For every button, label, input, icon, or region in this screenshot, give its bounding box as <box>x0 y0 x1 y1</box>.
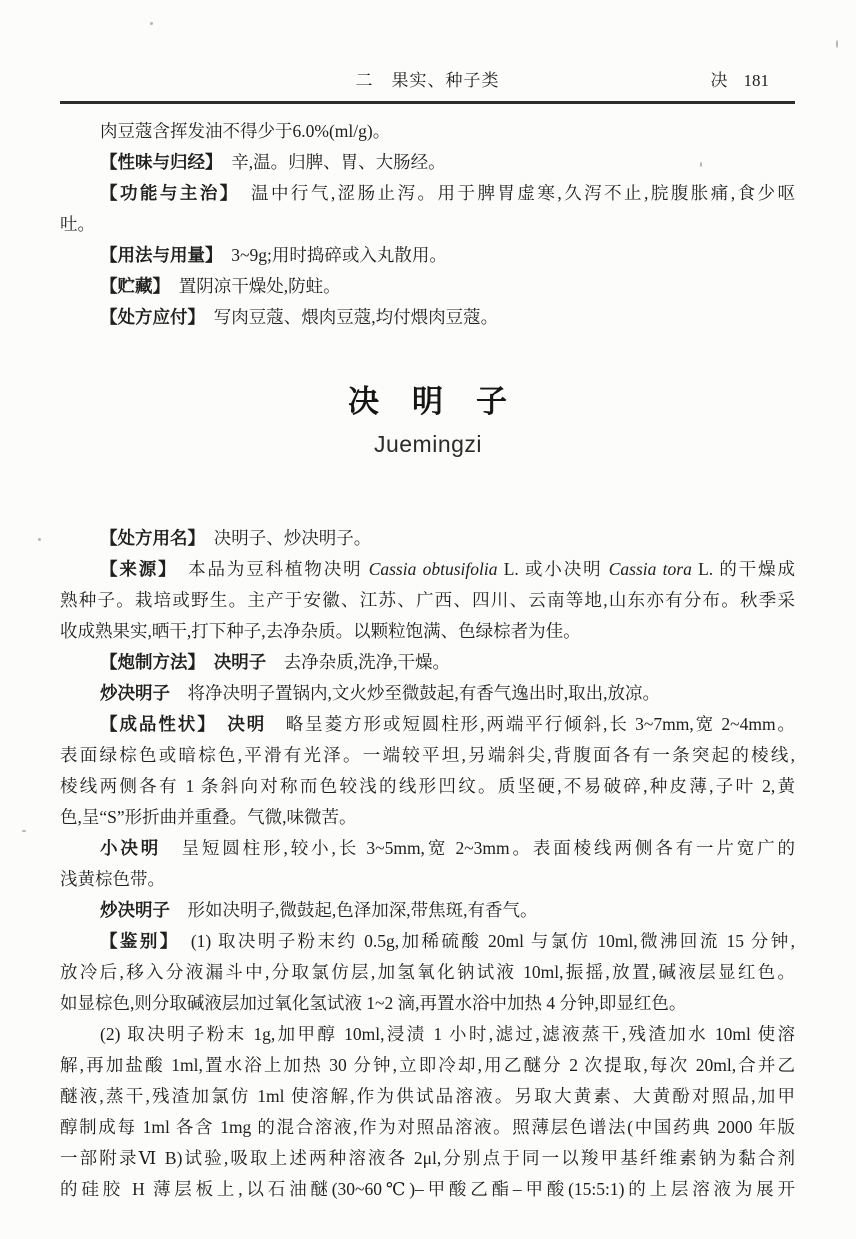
scanned-book-page: 二 果实、种子类 决 181 肉豆蔻含挥发油不得少于6.0%(ml/g)。【性味… <box>0 0 856 1239</box>
text-line: 表面绿棕色或暗棕色,平滑有光泽。一端较平坦,另端斜尖,背腹面各有一条突起的棱线, <box>60 740 795 771</box>
text-segment: 温中行气,涩肠止泻。用于脾胃虚寒,久泻不止,脘腹胀痛,食少呕 <box>231 183 795 203</box>
text-line: 棱线两侧各有 1 条斜向对称而色较浅的线形凹纹。质坚硬,不易破碎,种皮薄,子叶 … <box>60 771 795 802</box>
text-segment: 去净杂质,洗净,干燥。 <box>266 652 450 672</box>
text-line: 浅黄棕色带。 <box>60 864 795 895</box>
text-line: 醚液,蒸干,残渣加氯仿 1ml 使溶解,作为供试品溶液。另取大黄素、大黄酚对照品… <box>60 1081 795 1112</box>
field-label: 决明子 <box>214 653 267 673</box>
text-line: 收成熟果实,晒干,打下种子,去净杂质。以颗粒饱满、色绿棕者为佳。 <box>60 616 795 647</box>
text-segment: 解,再加盐酸 1ml,置水浴上加热 30 分钟,立即冷却,用乙醚分 2 次提取,… <box>60 1055 795 1075</box>
text-segment: L. 的干燥成 <box>692 559 795 579</box>
text-segment: 色,呈“S”形折曲并重叠。气微,味微苦。 <box>60 807 357 827</box>
text-segment: (2) 取决明子粉末 1g,加甲醇 10ml,浸渍 1 小时,滤过,滤液蒸干,残… <box>100 1024 795 1044</box>
field-label: 小决明 <box>100 839 161 859</box>
text-segment: 表面绿棕色或暗棕色,平滑有光泽。一端较平坦,另端斜尖,背腹面各有一条突起的棱线, <box>60 745 795 765</box>
text-line: 的硅胶 H 薄层板上,以石油醚(30~60℃)–甲酸乙酯–甲酸(15:5:1)的… <box>60 1174 795 1205</box>
text-segment: 浅黄棕色带。 <box>60 869 165 889</box>
text-line: (2) 取决明子粉末 1g,加甲醇 10ml,浸渍 1 小时,滤过,滤液蒸干,残… <box>60 1019 795 1050</box>
field-label: 【贮藏】 <box>100 277 161 297</box>
text-line: 吐。 <box>60 209 795 240</box>
text-segment: 收成熟果实,晒干,打下种子,去净杂质。以颗粒饱满、色绿棕者为佳。 <box>60 621 581 641</box>
latin-species-name: Cassia obtusifolia <box>369 559 498 579</box>
text-segment: 熟种子。栽培或野生。主产于安徽、江苏、广西、四川、云南等地,山东亦有分布。秋季采 <box>60 590 795 610</box>
text-segment: 一部附录Ⅵ B)试验,吸取上述两种溶液各 2μl,分别点于同一以羧甲基纤维素钠为… <box>60 1148 795 1168</box>
text-segment: 置阴凉干燥处,防蛀。 <box>161 276 340 296</box>
page-indicator: 决 181 <box>711 70 770 92</box>
text-segment: (1) 取决明子粉末约 0.5g,加稀硫酸 20ml 与氯仿 10ml,微沸回流… <box>171 931 795 951</box>
text-line: 【功能与主治】 温中行气,涩肠止泻。用于脾胃虚寒,久泻不止,脘腹胀痛,食少呕 <box>60 178 795 209</box>
text-line: 【处方用名】 决明子、炒决明子。 <box>60 523 795 554</box>
text-line: 【成品性状】 决明 略呈菱方形或短圆柱形,两端平行倾斜,长 3~7mm,宽 2~… <box>60 709 795 740</box>
text-segment: 形如决明子,微鼓起,色泽加深,带焦斑,有香气。 <box>170 900 538 920</box>
text-line: 【来源】 本品为豆科植物决明 Cassia obtusifolia L. 或小决… <box>60 554 795 585</box>
text-segment <box>208 714 227 734</box>
text-line: 如显棕色,则分取碱液层加过氧化氢试液 1~2 滴,再置水浴中加热 4 分钟,即显… <box>60 988 795 1019</box>
text-line: 【贮藏】 置阴凉干燥处,防蛀。 <box>60 271 795 302</box>
field-label: 【功能与主治】 <box>100 184 231 204</box>
text-line: 【处方应付】 写肉豆蔻、煨肉豆蔻,均付煨肉豆蔻。 <box>60 302 795 333</box>
text-line: 【性味与归经】 辛,温。归脾、胃、大肠经。 <box>60 147 795 178</box>
text-segment: 醇制成每 1ml 各含 1mg 的混合溶液,作为对照品溶液。照薄层色谱法(中国药… <box>60 1117 795 1137</box>
field-label: 【炮制方法】 <box>100 653 196 673</box>
text-segment: 决明子、炒决明子。 <box>196 528 371 548</box>
text-line: 【鉴别】 (1) 取决明子粉末约 0.5g,加稀硫酸 20ml 与氯仿 10ml… <box>60 926 795 957</box>
text-line: 解,再加盐酸 1ml,置水浴上加热 30 分钟,立即冷却,用乙醚分 2 次提取,… <box>60 1050 795 1081</box>
text-line: 熟种子。栽培或野生。主产于安徽、江苏、广西、四川、云南等地,山东亦有分布。秋季采 <box>60 585 795 616</box>
page-header: 二 果实、种子类 决 181 <box>60 70 795 92</box>
text-line: 小决明 呈短圆柱形,较小,长 3~5mm,宽 2~3mm。表面棱线两侧各有一片宽… <box>60 833 795 864</box>
field-label: 【用法与用量】 <box>100 246 214 266</box>
text-segment: 肉豆蔻含挥发油不得少于6.0%(ml/g)。 <box>100 121 390 141</box>
text-line: 色,呈“S”形折曲并重叠。气微,味微苦。 <box>60 802 795 833</box>
text-line: 肉豆蔻含挥发油不得少于6.0%(ml/g)。 <box>60 116 795 147</box>
thumb-index-label: 决 <box>711 70 728 92</box>
text-line: 【炮制方法】 决明子 去净杂质,洗净,干燥。 <box>60 647 795 678</box>
text-segment: 的硅胶 H 薄层板上,以石油醚(30~60℃)–甲酸乙酯–甲酸(15:5:1)的… <box>60 1179 795 1199</box>
previous-monograph-tail-text: 肉豆蔻含挥发油不得少于6.0%(ml/g)。【性味与归经】 辛,温。归脾、胃、大… <box>60 116 795 333</box>
juemingzi-monograph-text: 【处方用名】 决明子、炒决明子。【来源】 本品为豆科植物决明 Cassia ob… <box>60 523 795 1205</box>
text-segment: 吐。 <box>60 214 95 234</box>
text-segment: 呈短圆柱形,较小,长 3~5mm,宽 2~3mm。表面棱线两侧各有一片宽广的 <box>161 838 795 858</box>
field-label: 【来源】 <box>100 560 169 580</box>
text-segment: L. 或小决明 <box>497 559 608 579</box>
text-segment: 辛,温。归脾、胃、大肠经。 <box>214 152 446 172</box>
text-segment: 略呈菱方形或短圆柱形,两端平行倾斜,长 3~7mm,宽 2~4mm。 <box>266 714 795 734</box>
text-line: 炒决明子 形如决明子,微鼓起,色泽加深,带焦斑,有香气。 <box>60 895 795 926</box>
field-label: 【处方用名】 <box>100 529 196 549</box>
text-segment: 醚液,蒸干,残渣加氯仿 1ml 使溶解,作为供试品溶液。另取大黄素、大黄酚对照品… <box>60 1086 795 1106</box>
field-label: 【处方应付】 <box>100 308 196 328</box>
text-segment: 棱线两侧各有 1 条斜向对称而色较浅的线形凹纹。质坚硬,不易破碎,种皮薄,子叶 … <box>60 776 795 796</box>
monograph-title-block: 决 明 子 Juemingzi <box>0 381 856 459</box>
text-line: 炒决明子 将净决明子置锅内,文火炒至微鼓起,有香气逸出时,取出,放凉。 <box>60 678 795 709</box>
field-label: 炒决明子 <box>100 901 170 921</box>
text-line: 一部附录Ⅵ B)试验,吸取上述两种溶液各 2μl,分别点于同一以羧甲基纤维素钠为… <box>60 1143 795 1174</box>
text-segment: 写肉豆蔻、煨肉豆蔻,均付煨肉豆蔻。 <box>196 307 498 327</box>
text-segment: 如显棕色,则分取碱液层加过氧化氢试液 1~2 滴,再置水浴中加热 4 分钟,即显… <box>60 993 686 1013</box>
text-line: 放冷后,移入分液漏斗中,分取氯仿层,加氢氧化钠试液 10ml,振摇,放置,碱液层… <box>60 957 795 988</box>
text-segment: 放冷后,移入分液漏斗中,分取氯仿层,加氢氧化钠试液 10ml,振摇,放置,碱液层… <box>60 962 795 982</box>
monograph-pinyin: Juemingzi <box>0 429 856 459</box>
running-head-section-title: 二 果实、种子类 <box>356 70 500 92</box>
header-rule <box>60 101 795 104</box>
latin-species-name: Cassia tora <box>609 559 692 579</box>
field-label: 【性味与归经】 <box>100 153 214 173</box>
text-segment: 本品为豆科植物决明 <box>169 559 369 579</box>
field-label: 炒决明子 <box>100 684 170 704</box>
text-segment <box>196 652 214 672</box>
page-number: 181 <box>744 70 770 92</box>
text-line: 【用法与用量】 3~9g;用时捣碎或入丸散用。 <box>60 240 795 271</box>
field-label: 【成品性状】 <box>100 715 208 735</box>
field-label: 【鉴别】 <box>100 932 171 952</box>
field-label: 决明 <box>227 715 266 735</box>
text-segment: 3~9g;用时捣碎或入丸散用。 <box>214 245 447 265</box>
text-segment: 将净决明子置锅内,文火炒至微鼓起,有香气逸出时,取出,放凉。 <box>170 683 660 703</box>
monograph-title: 决 明 子 <box>0 381 856 423</box>
text-line: 醇制成每 1ml 各含 1mg 的混合溶液,作为对照品溶液。照薄层色谱法(中国药… <box>60 1112 795 1143</box>
